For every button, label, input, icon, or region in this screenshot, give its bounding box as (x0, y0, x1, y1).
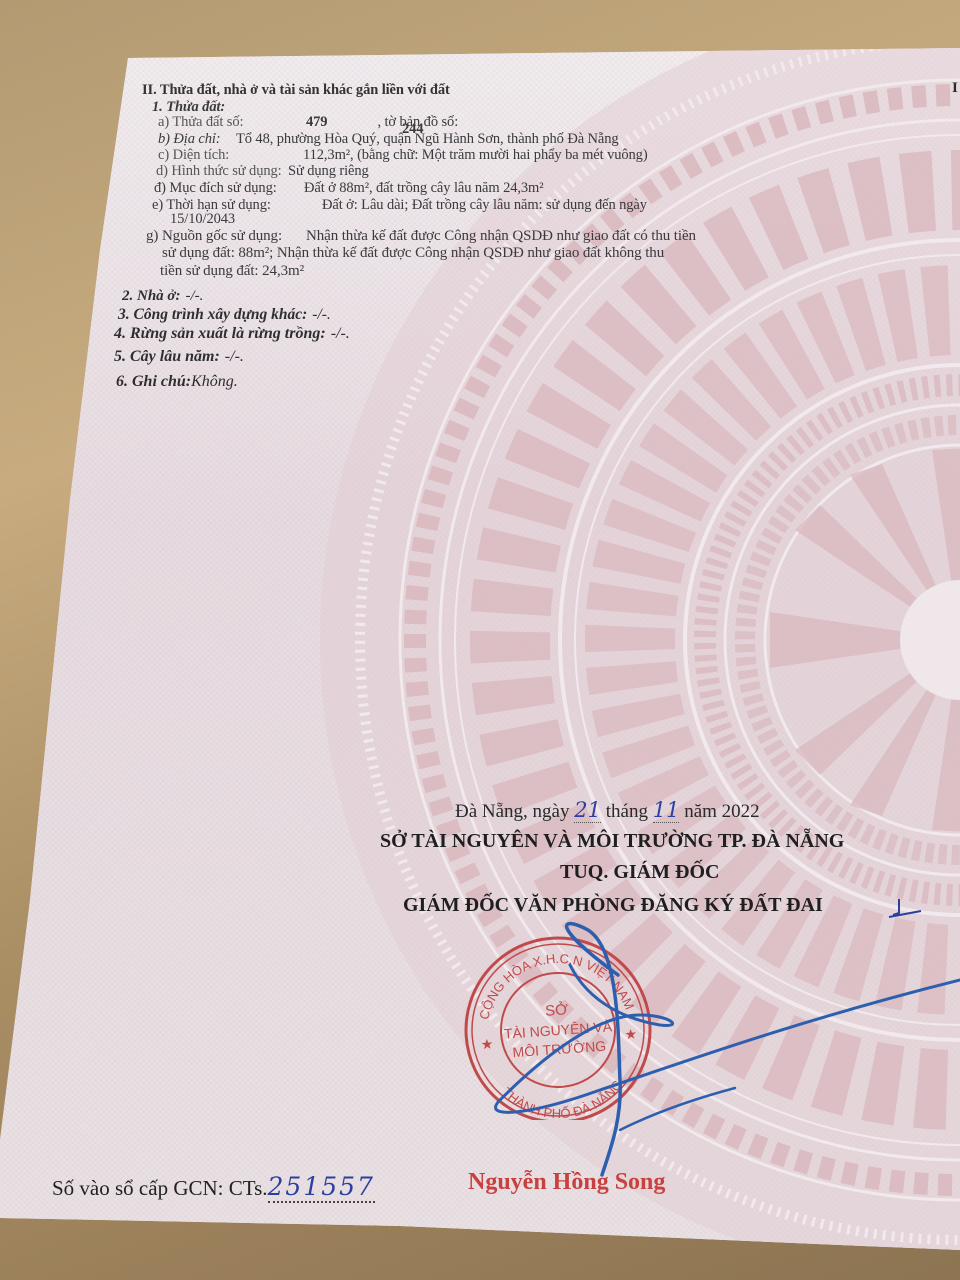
other-asset-item: 5. Cây lâu năm:-/-. (114, 348, 244, 366)
term-value: Đất ở: Lâu dài; Đất trồng cây lâu năm: s… (322, 197, 647, 213)
issue-place-date: Đà Nẵng, ngày 21 tháng 11 năm 2022 (455, 798, 760, 823)
other-asset-value: -/-. (185, 288, 203, 304)
issue-year-label: năm 2022 (684, 801, 759, 822)
usage-form-value: Sử dụng riêng (288, 163, 369, 179)
handwritten-initial-mark-icon (885, 893, 925, 923)
issue-day-handwritten: 21 (574, 798, 601, 823)
origin-row: g) Nguồn gốc sử dụng:Nhận thừa kế đất đư… (146, 228, 696, 245)
usage-form-label: d) Hình thức sử dụng: (156, 163, 288, 180)
parcel-number-label: a) Thửa đất số: (158, 114, 306, 131)
other-asset-label: 3. Công trình xây dựng khác: (118, 306, 307, 323)
section-title: II. Thửa đất, nhà ở và tài sản khác gắn … (142, 82, 450, 99)
issue-month-label: tháng (606, 801, 648, 822)
gcn-registry-number-handwritten: 251557 (268, 1172, 375, 1203)
corner-mark: I (952, 80, 958, 97)
gcn-registry-row: Số vào sổ cấp GCN: CTs.251557 (52, 1172, 375, 1201)
origin-label: g) Nguồn gốc sử dụng: (146, 228, 306, 245)
area-row: c) Diện tích:112,3m², (bằng chữ: Một tră… (158, 147, 648, 164)
address-value: Tổ 48, phường Hòa Quý, quận Ngũ Hành Sơn… (236, 131, 619, 147)
address-label: b) Địa chỉ: (158, 131, 236, 148)
issue-date-prefix: Đà Nẵng, ngày (455, 801, 570, 822)
address-row: b) Địa chỉ:Tổ 48, phường Hòa Quý, quận N… (158, 131, 619, 148)
other-asset-value: -/-. (312, 306, 331, 323)
handwritten-signature-icon (470, 920, 960, 1180)
purpose-row: đ) Mục đích sử dụng:Đất ở 88m², đất trồn… (154, 180, 543, 197)
origin-line-1: Nhận thừa kế đất được Công nhận QSDĐ như… (306, 228, 696, 244)
signer-position: GIÁM ĐỐC VĂN PHÒNG ĐĂNG KÝ ĐẤT ĐAI (403, 894, 823, 917)
other-asset-item: 6. Ghi chú:Không. (116, 373, 238, 391)
issue-month-handwritten: 11 (653, 798, 680, 823)
parcel-number-value: 479 (306, 114, 327, 130)
other-asset-item: 4. Rừng sản xuất là rừng trồng:-/-. (114, 325, 350, 343)
other-asset-value: Không. (191, 373, 238, 390)
other-asset-item: 2. Nhà ở:-/-. (122, 288, 203, 305)
other-asset-value: -/-. (331, 325, 350, 342)
gcn-registry-label: Số vào sổ cấp GCN: CTs. (52, 1176, 268, 1200)
purpose-value: Đất ở 88m², đất trồng cây lâu năm 24,3m² (304, 180, 543, 196)
other-asset-label: 4. Rừng sản xuất là rừng trồng: (114, 325, 326, 342)
signer-name: Nguyễn Hồng Song (468, 1169, 665, 1196)
other-asset-value: -/-. (225, 348, 244, 365)
other-asset-label: 5. Cây lâu năm: (114, 348, 220, 365)
area-value: 112,3m², (bằng chữ: Một trăm mười hai ph… (303, 147, 648, 163)
area-label: c) Diện tích: (158, 147, 303, 164)
issuing-authority: SỞ TÀI NGUYÊN VÀ MÔI TRƯỜNG TP. ĐÀ NẴNG (380, 830, 844, 853)
land-use-certificate-page: II. Thửa đất, nhà ở và tài sản khác gắn … (0, 0, 960, 1280)
other-asset-item: 3. Công trình xây dựng khác:-/-. (118, 306, 331, 324)
usage-form-row: d) Hình thức sử dụng:Sử dụng riêng (156, 163, 369, 180)
other-asset-label: 6. Ghi chú: (116, 373, 191, 390)
origin-line-2: sử dụng đất: 88m²; Nhận thừa kế đất được… (162, 245, 664, 262)
purpose-label: đ) Mục đích sử dụng: (154, 180, 304, 197)
other-asset-label: 2. Nhà ở: (122, 288, 180, 304)
term-date: 15/10/2043 (170, 211, 235, 228)
origin-line-3: tiền sử dụng đất: 24,3m² (160, 263, 304, 280)
on-behalf-of: TUQ. GIÁM ĐỐC (560, 861, 719, 884)
